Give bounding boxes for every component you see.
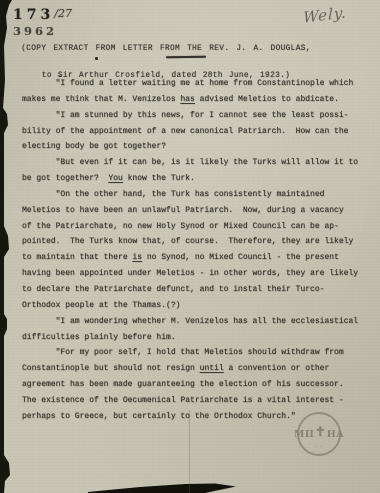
seal-letters-left: ΜΠ [294,429,315,440]
seal-cross-icon: ✝ [315,428,326,438]
document-line: agreement has been made guaranteeing the… [22,377,372,393]
document-line: of the Patriarchate, no new Holy Synod o… [22,219,372,235]
document-line: "I am wondering whether M. Venizelos has… [22,314,372,330]
document-line: to declare the Patriarchate defunct, and… [22,282,372,298]
header-divider [166,56,206,58]
archive-ref-number: 173 [13,7,54,23]
letter-header-line1: (COPY EXTRACT FROM LETTER FROM THE REV. … [16,45,316,53]
ink-speck [95,57,98,60]
handwritten-annotation: Wely. [303,3,347,27]
document-line: "But even if it can be, is it likely the… [22,155,372,171]
document-line: electing body be got together? [22,139,372,155]
library-seal-stamp: ΜΠ✝ΗΑ · · [297,412,341,456]
document-line: "I found a letter waiting me at home fro… [22,76,372,92]
seal-letters: ΜΠ✝ΗΑ [294,429,344,440]
document-line: Meletios to have been an unlawful Patria… [22,203,372,219]
paper-fold-line [189,410,190,493]
document-line: "I am stunned by this news, for I cannot… [22,108,372,124]
document-line: Orthodox people at the Thamas.(?) [22,298,372,314]
document-line: having been appointed under Meletios - i… [22,266,372,282]
document-line: The existence of the Oecumenical Patriar… [22,393,372,409]
archive-ref-handwritten-suffix: /27 [54,7,72,20]
document-line: makes me think that M. Venizelos has adv… [22,92,372,108]
document-body: "I found a letter waiting me at home fro… [22,76,372,425]
document-line: "On the other hand, the Turk has consist… [22,187,372,203]
archive-reference-stamp: 173/27 [13,7,72,23]
document-line: "For my poor self, I hold that Meletios … [22,345,372,361]
scanned-letter-page: 173/27 3962 Wely. (COPY EXTRACT FROM LET… [0,0,380,493]
document-line: to maintain that there is no Synod, no M… [22,250,372,266]
document-line: pointed. The Turks know that, of course.… [22,234,372,250]
seal-dots: · · [299,444,339,450]
document-line: be got together? You know the Turk. [22,171,372,187]
document-line: bility of the appointment of a new canon… [22,124,372,140]
document-line: Constantinople but should not resign unt… [22,361,372,377]
seal-letters-right: ΗΑ [327,429,344,440]
document-line: difficulties plainly before him. [22,330,372,346]
